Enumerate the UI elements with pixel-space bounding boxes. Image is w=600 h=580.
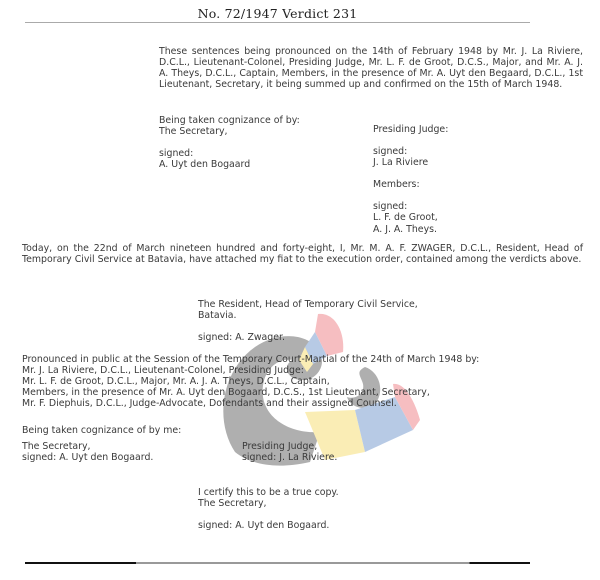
second-cognizance-heading: Being taken cognizance of by me: [22, 425, 322, 436]
paragraph-today: Today, on the 22nd of March nineteen hun… [22, 243, 583, 265]
secretary-signed-label: signed: [159, 148, 359, 159]
resident-title: The Resident, Head of Temporary Civil Se… [198, 299, 498, 310]
secretary-role: The Secretary, [159, 126, 359, 137]
cognizance-heading: Being taken cognizance of by: [159, 115, 359, 126]
second-secretary-role: The Secretary, [22, 441, 222, 452]
pronounced-line: Mr. F. Diephuis, D.C.L., Judge-Advocate,… [22, 398, 582, 409]
members-signed-label: signed: [373, 201, 573, 212]
certify-statement: I certify this to be a true copy. [198, 487, 498, 498]
members-label: Members: [373, 179, 573, 190]
certify-role: The Secretary, [198, 498, 498, 509]
presiding-judge-role: Presiding Judge: [373, 124, 573, 135]
member-1-name: L. F. de Groot, [373, 212, 573, 223]
header-divider [25, 22, 530, 23]
first-signatures-left: Being taken cognizance of by: The Secret… [159, 115, 359, 170]
member-2-name: A. J. A. Theys. [373, 224, 573, 235]
second-judge-block: Presiding Judge, signed: J. La Riviere. [242, 441, 442, 463]
pronounced-line: Mr. J. La Riviere, D.C.L., Lieutenant-Co… [22, 365, 582, 376]
pronounced-block: Pronounced in public at the Session of t… [22, 354, 582, 409]
pronounced-line: Pronounced in public at the Session of t… [22, 354, 582, 365]
footer-divider [25, 562, 530, 564]
resident-signature: signed: A. Zwager. [198, 332, 498, 343]
paragraph-sentences: These sentences being pronounced on the … [159, 46, 583, 90]
second-secretary-block: The Secretary, signed: A. Uyt den Bogaar… [22, 441, 222, 463]
certify-block: I certify this to be a true copy. The Se… [198, 487, 498, 531]
first-signatures-right: Presiding Judge: signed: J. La Riviere M… [373, 124, 573, 235]
resident-location: Batavia. [198, 310, 498, 321]
certify-signature: signed: A. Uyt den Bogaard. [198, 520, 498, 531]
second-judge-signature: signed: J. La Riviere. [242, 452, 442, 463]
secretary-name: A. Uyt den Bogaard [159, 159, 359, 170]
pronounced-line: Mr. L. F. de Groot, D.C.L., Major, Mr. A… [22, 376, 582, 387]
judge-signed-label: signed: [373, 146, 573, 157]
resident-block: The Resident, Head of Temporary Civil Se… [198, 299, 498, 343]
second-judge-role: Presiding Judge, [242, 441, 442, 452]
document-header-title: No. 72/1947 Verdict 231 [0, 6, 555, 21]
second-secretary-signature: signed: A. Uyt den Bogaard. [22, 452, 222, 463]
pronounced-line: Members, in the presence of Mr. A. Uyt d… [22, 387, 582, 398]
judge-name: J. La Riviere [373, 157, 573, 168]
